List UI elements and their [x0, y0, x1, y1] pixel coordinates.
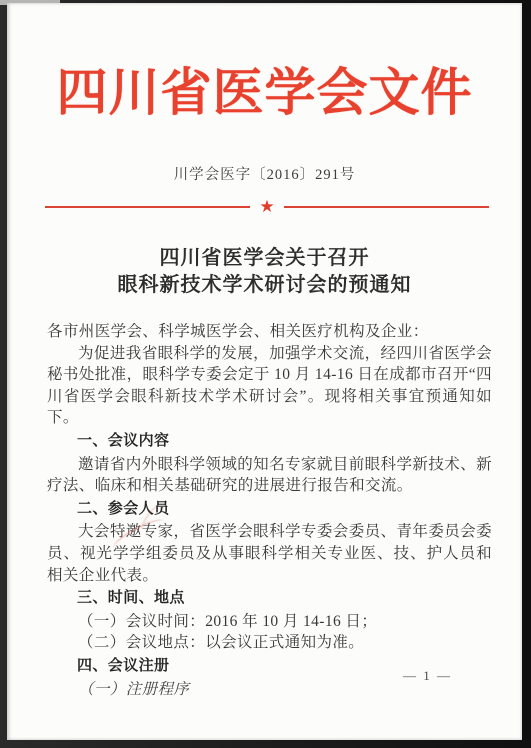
section-2-text: 大会特邀专家，省医学会眼科学专委会委员、青年委员会委员、视光学学组委员及从事眼科…	[47, 521, 492, 586]
divider-line-left	[45, 206, 250, 208]
document-page: 四川省医学会文件 川学会医字〔2016〕291号 ★ 四川省医学会关于召开 眼科…	[7, 3, 522, 740]
section-1-text: 邀请省内外眼科学领域的知名专家就目前眼科学新技术、新疗法、临床和相关基础研究的进…	[47, 454, 492, 497]
document-title: 四川省医学会关于召开 眼科新技术学术研讨会的预通知	[7, 245, 522, 299]
document-number: 川学会医字〔2016〕291号	[7, 165, 522, 185]
document-body: 各市州医学会、科学城医学会、相关医疗机构及企业： 为促进我省眼科学的发展，加强学…	[47, 321, 492, 700]
section-3-item-1: （一）会议时间：2016 年 10 月 14-16 日；	[47, 611, 492, 633]
salutation-line: 各市州医学会、科学城医学会、相关医疗机构及企业：	[47, 321, 492, 343]
document-title-line2: 眼科新技术学术研讨会的预通知	[7, 272, 522, 299]
masthead-title: 四川省医学会文件	[7, 59, 522, 129]
section-3-item-2: （二）会议地点：以会议正式通知为准。	[47, 632, 492, 654]
section-2-heading: 二、参会人员	[47, 498, 492, 520]
page-number: — 1 —	[403, 668, 452, 684]
star-icon: ★	[259, 198, 274, 215]
section-1-heading: 一、会议内容	[47, 430, 492, 452]
document-title-line1: 四川省医学会关于召开	[7, 245, 522, 272]
section-3-heading: 三、时间、地点	[47, 587, 492, 609]
divider-line-right	[284, 206, 489, 208]
red-divider-rule: ★	[45, 198, 489, 215]
intro-paragraph: 为促进我省眼科学的发展，加强学术交流，经四川省医学会秘书处批准，眼科学专委会定于…	[47, 343, 492, 429]
scanned-sheet-frame: 四川省医学会文件 川学会医字〔2016〕291号 ★ 四川省医学会关于召开 眼科…	[0, 0, 531, 748]
